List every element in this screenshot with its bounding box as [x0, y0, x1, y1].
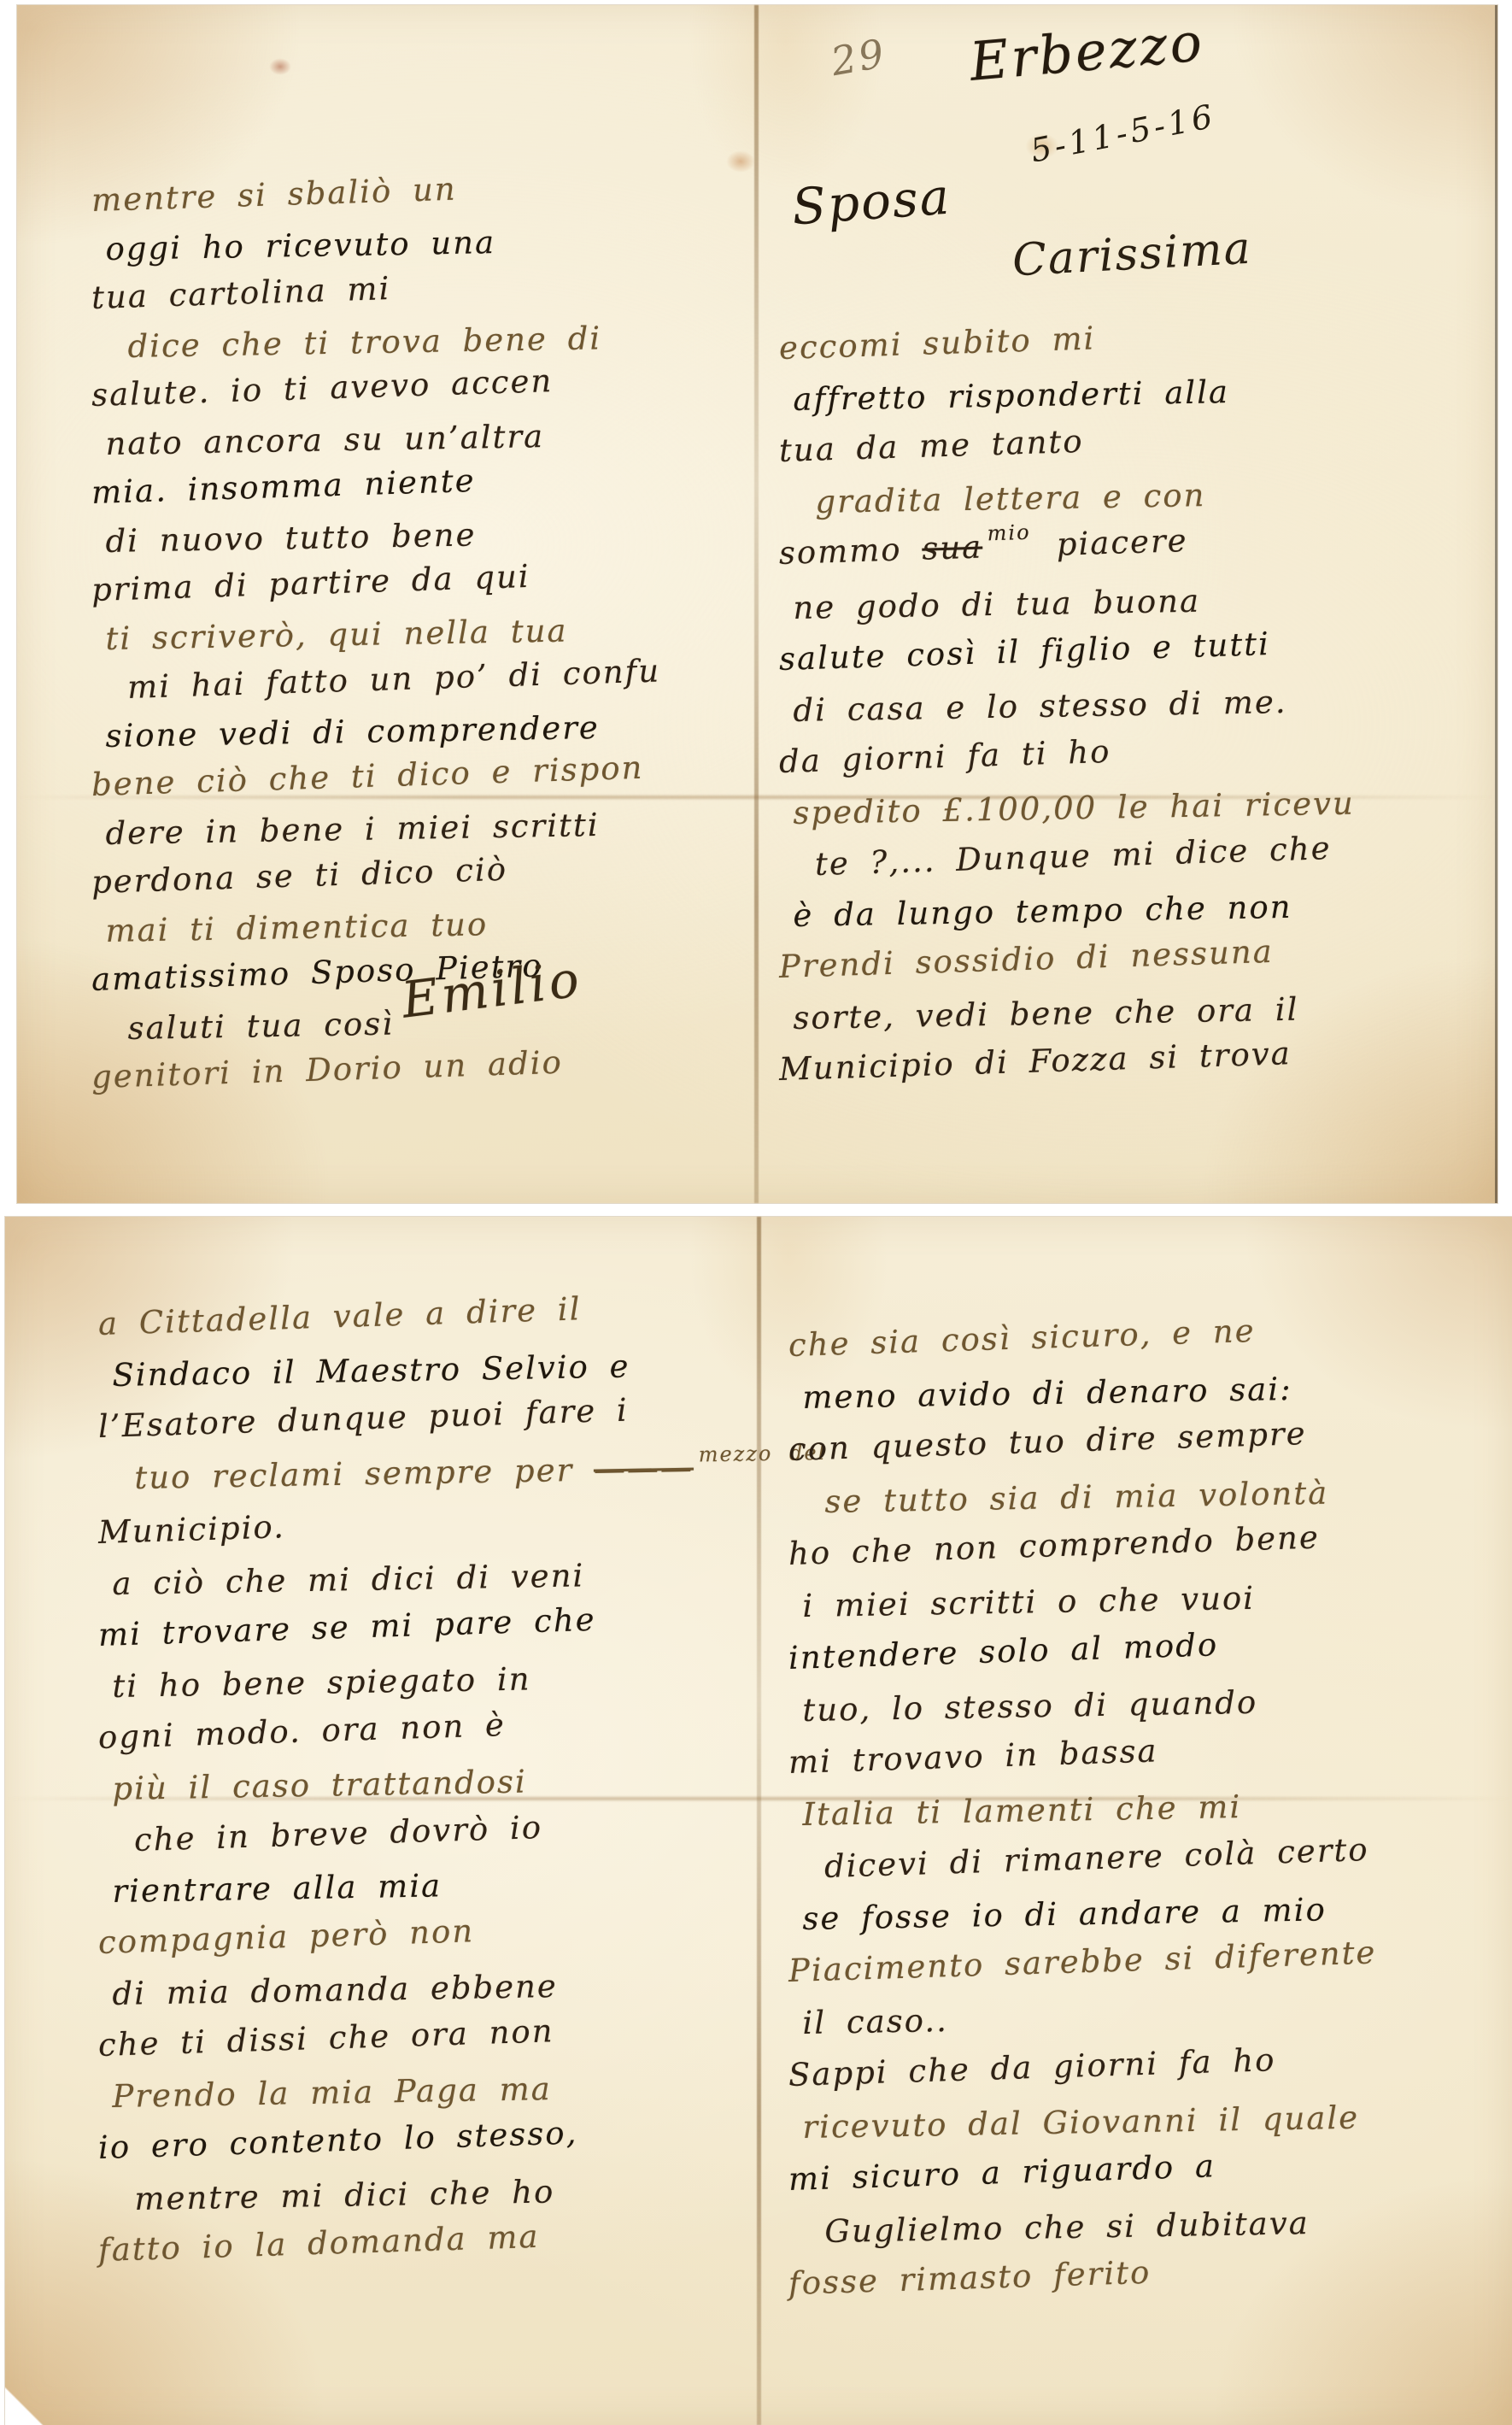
line-text: piacere — [1035, 522, 1188, 564]
letter-sheet-top: mentre si sbaliò unoggi ho ricevuto unat… — [17, 5, 1497, 1203]
letter-scan: mentre si sbaliò unoggi ho ricevuto unat… — [0, 0, 1512, 2425]
page-top-right: 29 Erbezzo 5-11-5-16 Sposa Carissima ecc… — [756, 5, 1495, 1203]
struck-word: ——— — [594, 1450, 694, 1488]
page-top-left: mentre si sbaliò unoggi ho ricevuto unat… — [17, 5, 756, 1203]
handwritten-line: che sia così sicuro, e ne — [788, 1301, 1377, 1371]
date-heading: 5-11-5-16 — [1028, 97, 1219, 169]
struck-word: sua — [922, 529, 983, 567]
line-text: tuo reclami sempre per — [134, 1452, 594, 1496]
inserted-word: mio — [987, 507, 1032, 560]
pencil-page-number: 29 — [828, 30, 890, 85]
page-bottom-right: che sia così sicuro, e nemeno avido di d… — [759, 1217, 1512, 2425]
page-bottom-left: a Cittadella vale a dire ilSindaco il Ma… — [5, 1217, 759, 2425]
line-text: sommo — [778, 531, 923, 572]
handwritten-line: eccomi subito mi — [778, 305, 1355, 374]
page-text: che sia così sicuro, e nemeno avido di d… — [789, 1319, 1378, 2310]
letter-sheet-bottom: a Cittadella vale a dire ilSindaco il Ma… — [5, 1217, 1512, 2425]
place-heading: Erbezzo — [967, 10, 1206, 93]
handwritten-line: mentre si sbaliò un — [91, 158, 661, 225]
page-text: eccomi subito miaffretto risponderti all… — [780, 323, 1355, 1095]
salutation-line2: Carissima — [1011, 223, 1253, 287]
salutation-line1: Sposa — [790, 167, 952, 237]
page-text: a Cittadella vale a dire ilSindaco il Ma… — [99, 1299, 832, 2276]
